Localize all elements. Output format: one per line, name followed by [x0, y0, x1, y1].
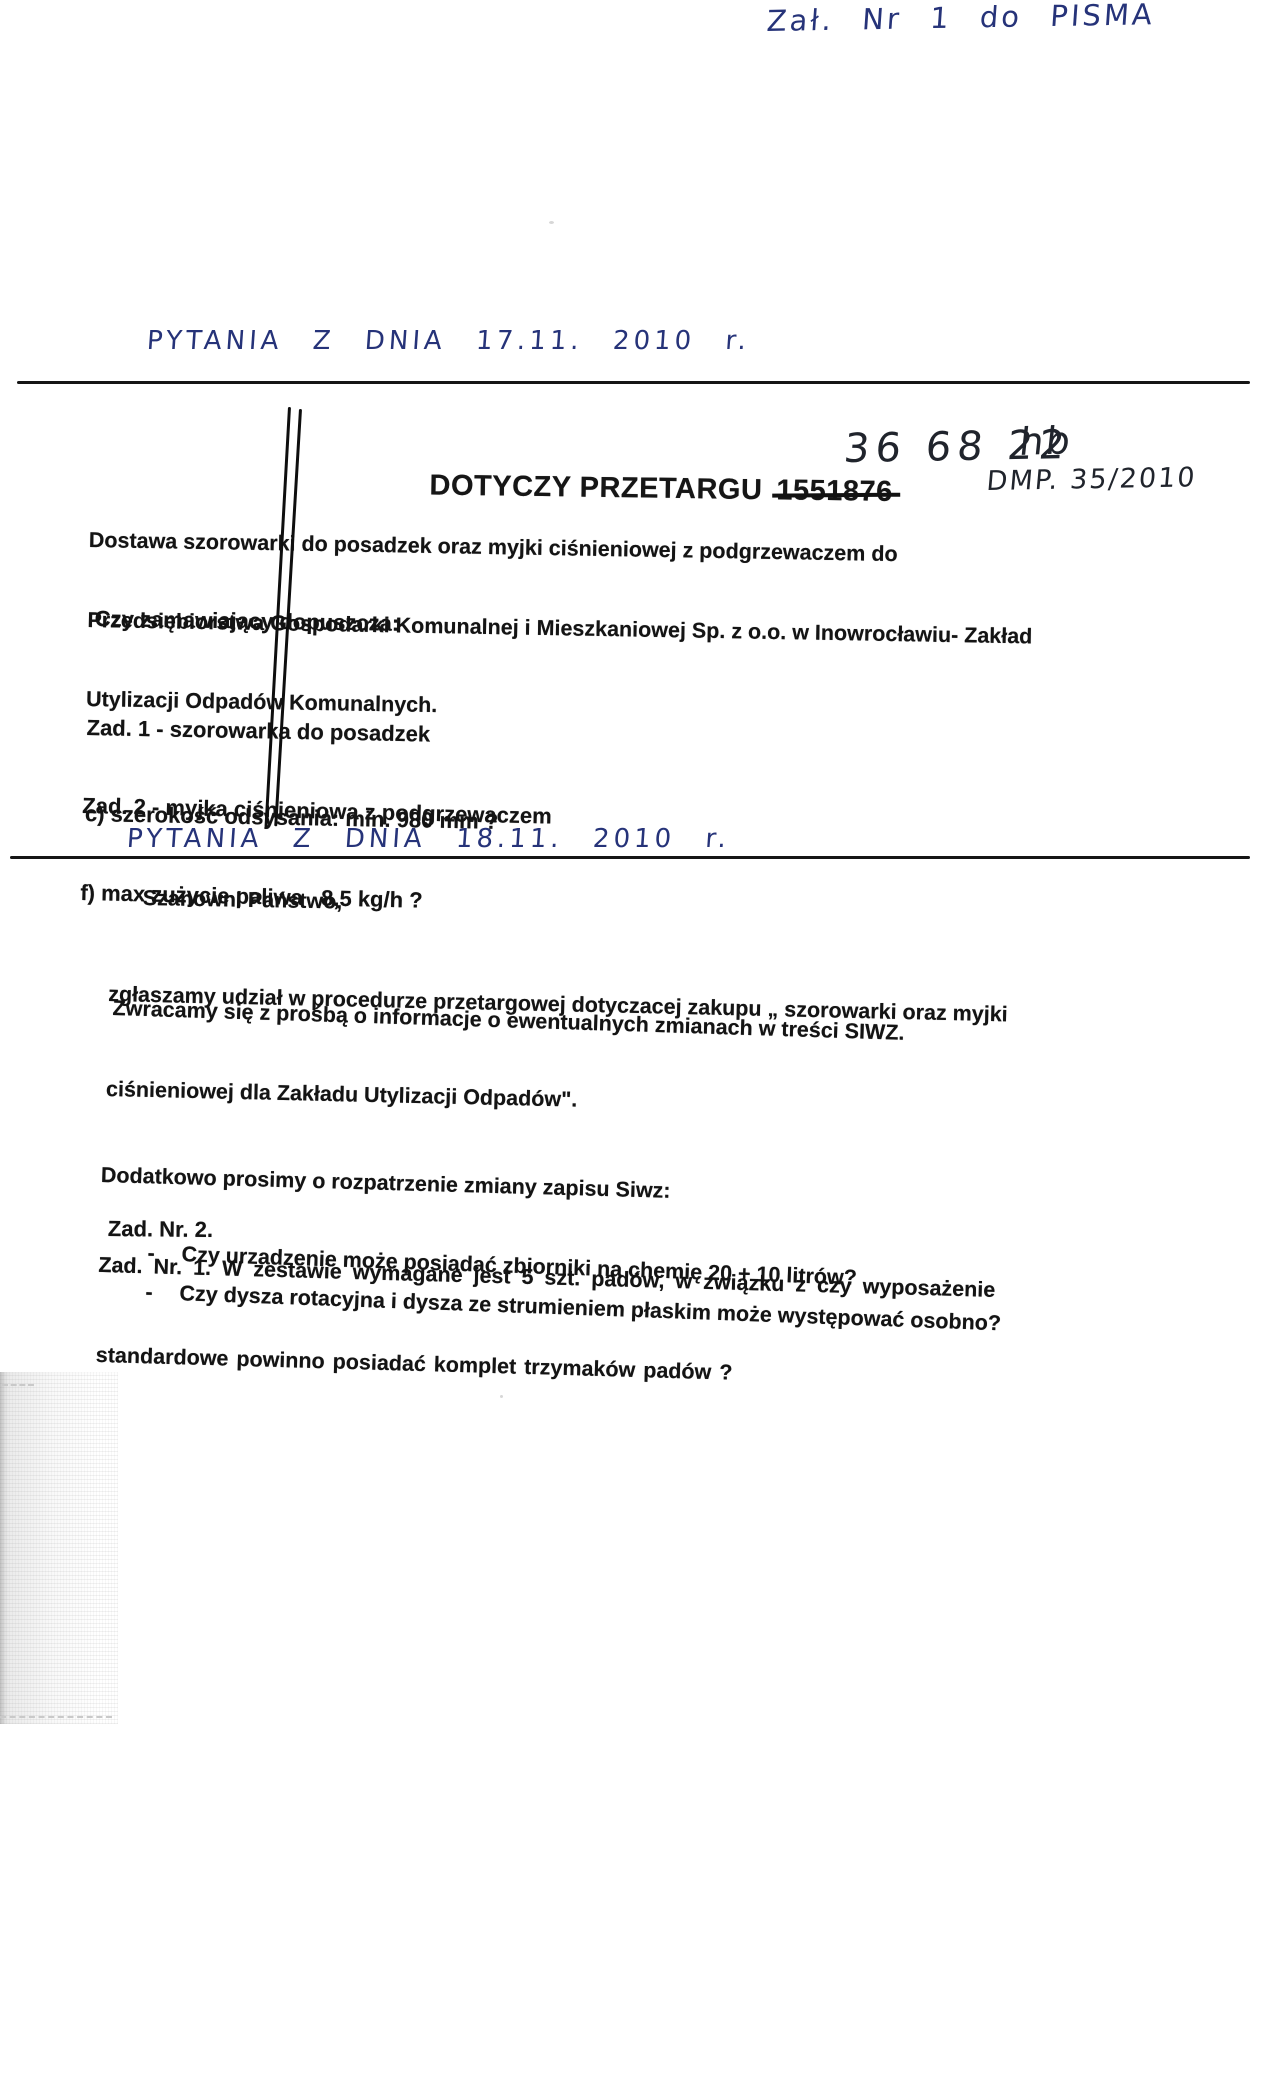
handwritten-questions-date-2: PYTANIA Z DNIA 18.11. 2010 r.	[126, 824, 731, 854]
scan-speck	[500, 1395, 503, 1398]
bullet-dash: -	[147, 1241, 182, 1267]
zad-nr-2-heading: Zad. Nr. 2.	[108, 1216, 213, 1243]
scan-dash-mark	[0, 1716, 112, 1718]
handwritten-initials: hb	[1017, 418, 1074, 464]
request-paragraph-line: standardowe powinno posiadać komplet trz…	[95, 1340, 993, 1395]
bullet-dash: -	[145, 1280, 180, 1306]
request-paragraph-line: Dodatkowo prosimy o rozpatrzenie zmiany …	[100, 1160, 998, 1215]
divider-line-2	[10, 856, 1250, 859]
handwritten-attachment-note: Zał. Nr 1 do PISMA	[766, 0, 1156, 38]
intro-line: Dostawa szorowarki do posadzek oraz myjk…	[89, 527, 1034, 570]
scan-speck	[549, 221, 554, 224]
scanned-letter-page: Zał. Nr 1 do PISMA PYTANIA Z DNIA 17.11.…	[0, 0, 1275, 2100]
divider-line-1	[17, 381, 1250, 384]
question-intro: Czy zamawiający dopuszcza:	[95, 606, 400, 637]
scan-noise-band	[0, 1372, 118, 1724]
scan-dash-mark	[2, 1384, 34, 1386]
handwritten-questions-date-1: PYTANIA Z DNIA 17.11. 2010 r.	[146, 326, 751, 356]
salutation: Szanowni Państwo,	[143, 886, 343, 914]
